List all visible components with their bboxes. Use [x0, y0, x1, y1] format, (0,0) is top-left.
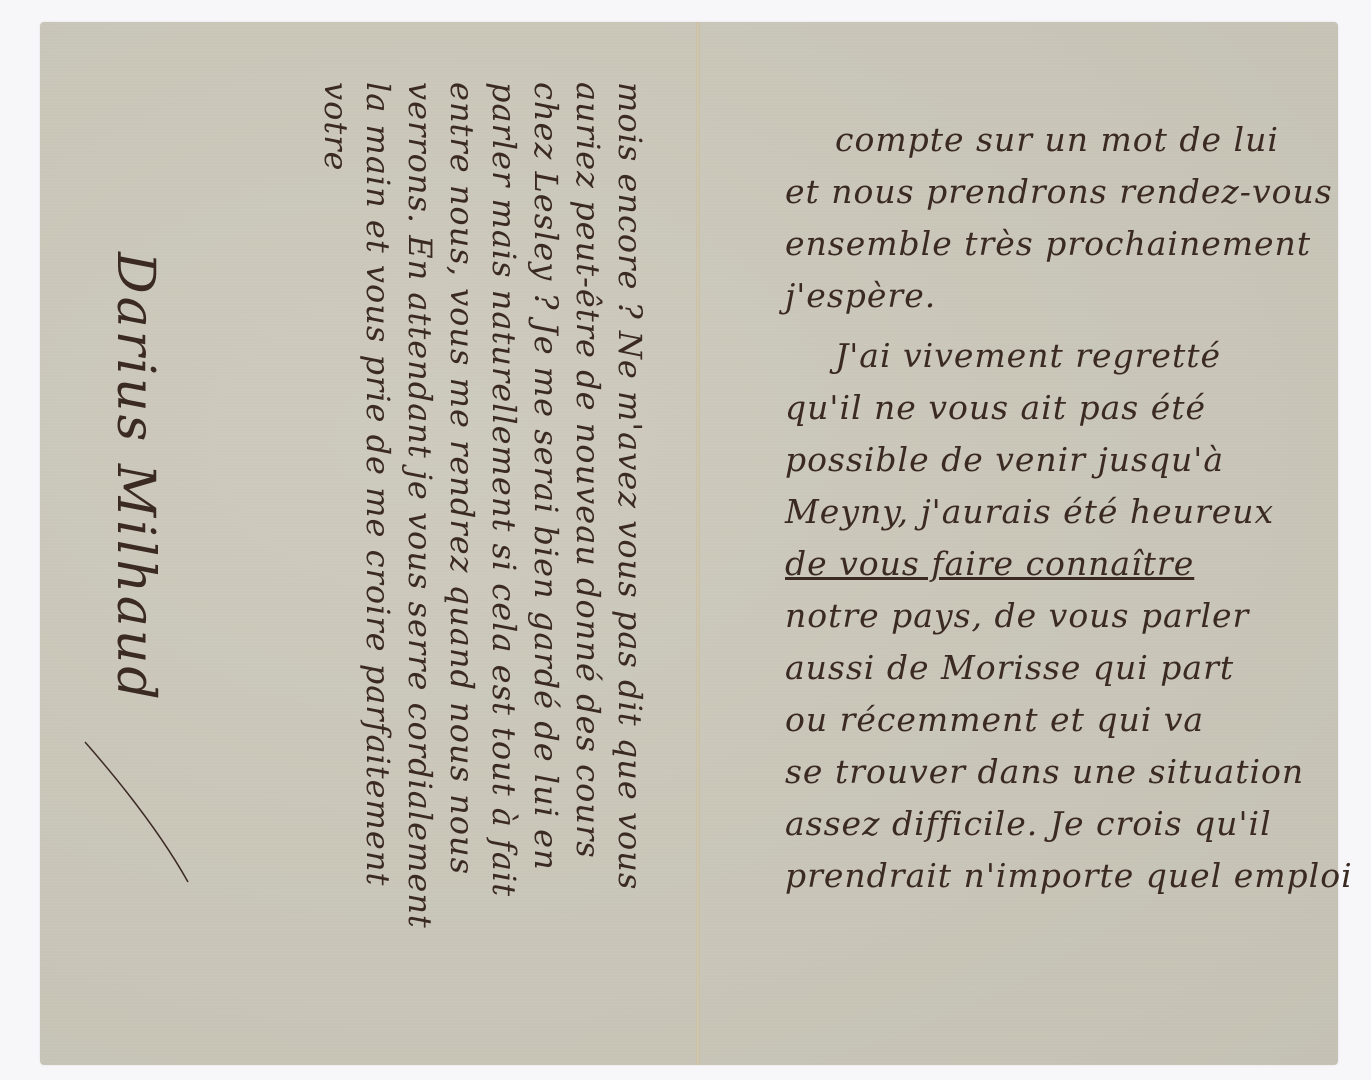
right-page: compte sur un mot de lui et nous prendro…	[700, 22, 1338, 1065]
left-line-6: verrons. En attendant je vous serre cord…	[400, 82, 440, 1042]
right-line-6: qu'il ne vous ait pas été	[785, 382, 1325, 434]
left-page: mois encore ? Ne m'avez vous pas dit que…	[40, 22, 698, 1065]
right-line-8: Meyny, j'aurais été heureux	[785, 486, 1325, 538]
left-line-4: parler mais naturellement si cela est to…	[484, 82, 524, 1042]
letter-sheet: mois encore ? Ne m'avez vous pas dit que…	[40, 22, 1338, 1065]
left-line-8: votre	[316, 82, 356, 1042]
left-line-1: mois encore ? Ne m'avez vous pas dit que…	[610, 82, 650, 1042]
left-line-2: auriez peut-être de nouveau donné des co…	[568, 82, 608, 1042]
right-line-5: J'ai vivement regretté	[785, 330, 1325, 382]
signature: Darius Milhaud	[80, 252, 200, 952]
right-line-3: ensemble très prochainement	[785, 218, 1325, 270]
right-line-13: se trouver dans une situation	[785, 746, 1325, 798]
right-line-15: prendrait n'importe quel emploi	[785, 850, 1325, 902]
right-line-2: et nous prendrons rendez-vous	[785, 166, 1325, 218]
right-line-9: de vous faire connaître	[785, 538, 1325, 590]
left-line-3: chez Lesley ? Je me serai bien gardé de …	[526, 82, 566, 1042]
right-line-12: ou récemment et qui va	[785, 694, 1325, 746]
right-line-1: compte sur un mot de lui	[785, 114, 1325, 166]
left-line-5: entre nous, vous me rendrez quand nous n…	[442, 82, 482, 1042]
left-line-7: la main et vous prie de me croire parfai…	[358, 82, 398, 1042]
right-page-text: compte sur un mot de lui et nous prendro…	[785, 114, 1325, 902]
left-page-text: mois encore ? Ne m'avez vous pas dit que…	[230, 82, 650, 1042]
right-line-14: assez difficile. Je crois qu'il	[785, 798, 1325, 850]
signature-flourish-icon	[80, 732, 200, 892]
right-line-7: possible de venir jusqu'à	[785, 434, 1325, 486]
right-line-10: notre pays, de vous parler	[785, 590, 1325, 642]
right-line-4: j'espère.	[785, 270, 1325, 322]
right-line-11: aussi de Morisse qui part	[785, 642, 1325, 694]
